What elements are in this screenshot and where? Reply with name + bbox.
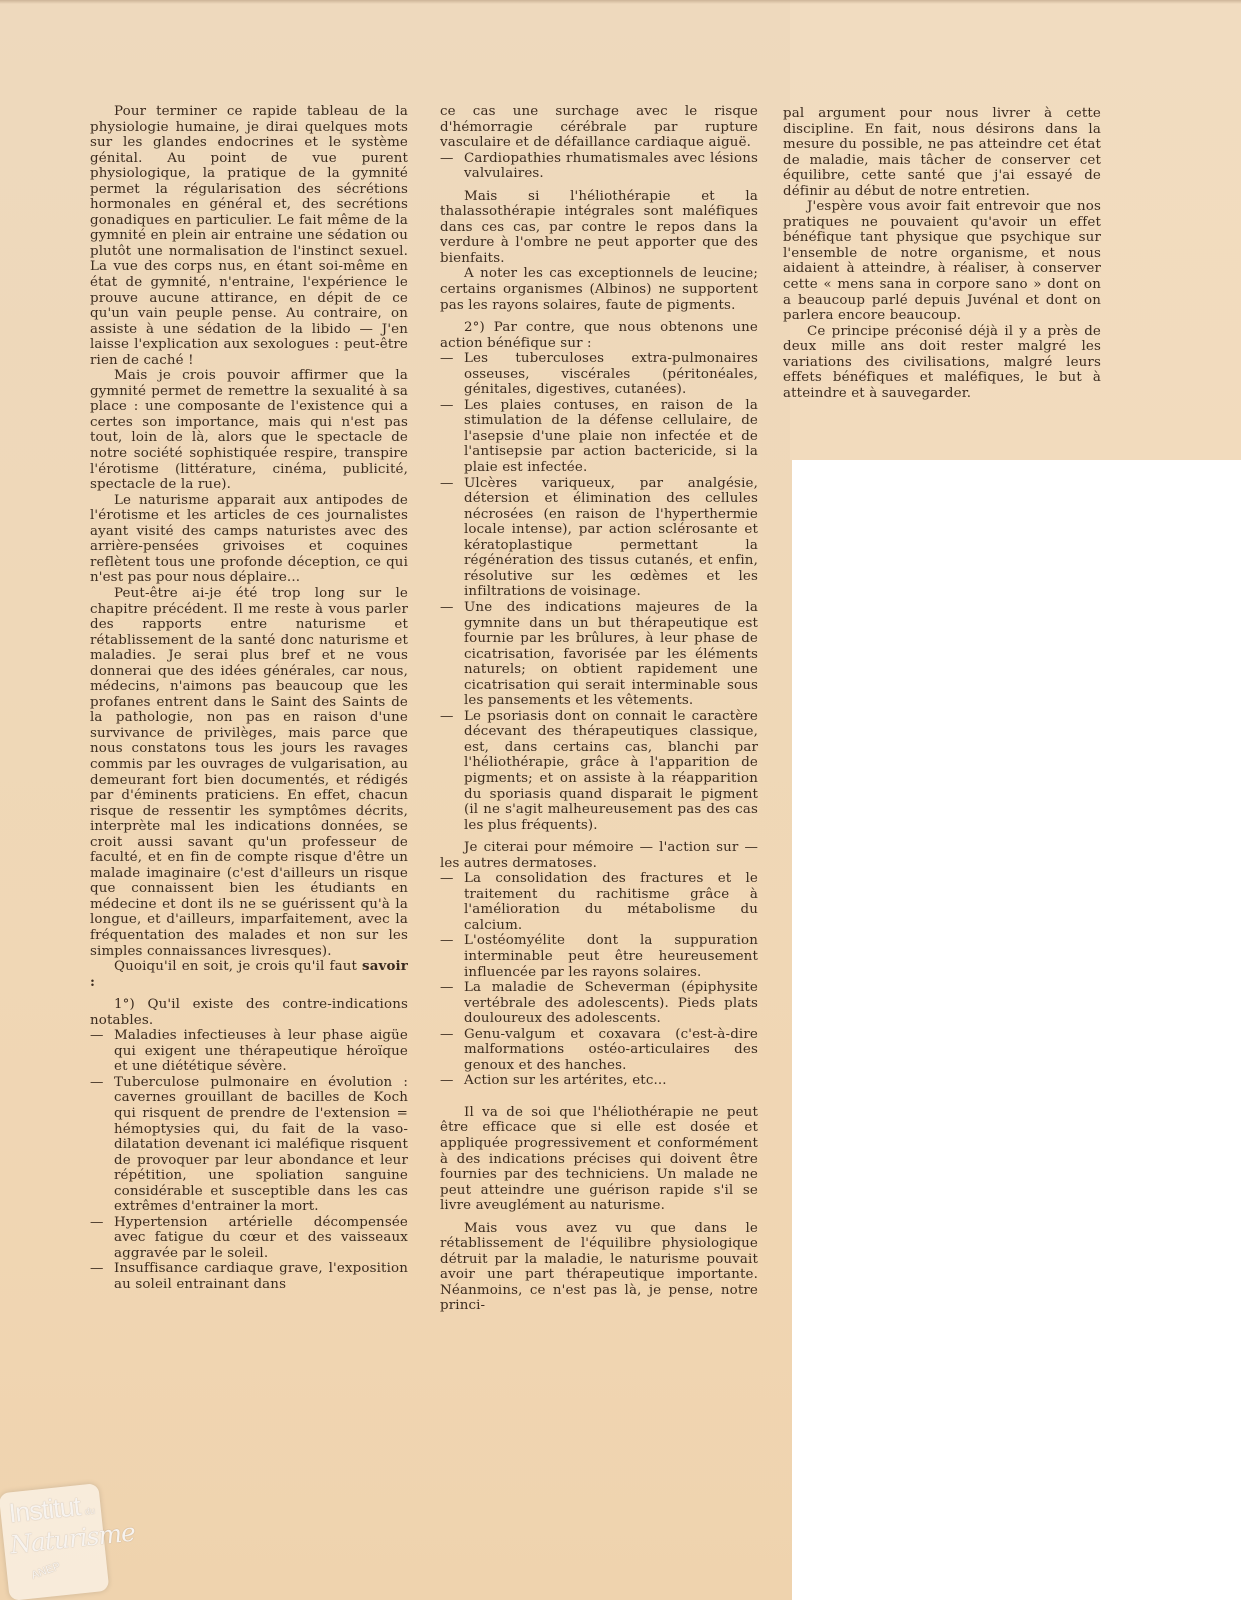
list-item: —Les plaies contuses, en raison de la st… [440,398,758,476]
paragraph: Mais vous avez vu que dans le rétablisse… [440,1221,758,1314]
paragraph-text: Je citerai pour mémoire — l'action sur —… [440,840,758,871]
paragraph: Pour terminer ce rapide tableau de la ph… [90,104,408,368]
list-item: —L'ostéomyélite dont la suppuration inte… [440,933,758,980]
em-dash-bullet: — [440,980,464,996]
list-item-text: Maladies infectieuses à leur phase aigüe… [114,1028,408,1074]
list-item: —Le psoriasis dont on connait le caractè… [440,709,758,833]
watermark-anep: ANEP [30,1560,62,1582]
em-dash-bullet: — [440,351,464,367]
em-dash-bullet: — [90,1075,114,1091]
paragraph: Il va de soi que l'héliothérapie ne peut… [440,1105,758,1214]
paragraph-text: Pour terminer ce rapide tableau de la ph… [90,104,408,368]
list-item-text: Une des indications majeures de la gymni… [464,600,758,708]
paragraph: J'espère vous avoir fait entrevoir que n… [783,199,1101,323]
paragraph-text: Quoiqu'il en soit, je crois qu'il faut [114,959,357,974]
article-column-2: ce cas une surchage avec le risque d'hém… [440,104,758,1314]
list-item: —Insuffisance cardiaque grave, l'exposit… [90,1261,408,1292]
list-item-text: Insuffisance cardiaque grave, l'expositi… [114,1261,408,1292]
paragraph: 1°) Qu'il existe des contre-indications … [90,997,408,1028]
list-item: —Tuberculose pulmonaire en évolution : c… [90,1075,408,1215]
list-item-text: Cardiopathies rhumatismales avec lésions… [464,151,758,182]
list-item-text: La consolidation des fractures et le tra… [464,871,758,933]
list-item: —Ulcères variqueux, par analgésie, déter… [440,476,758,600]
list-item-text: Le psoriasis dont on connait le caractèr… [464,709,758,833]
institut-naturisme-watermark-logo: Institut du Naturisme ANEP [0,1483,109,1600]
paragraph: Mais si l'héliothérapie et la thalassoth… [440,189,758,267]
em-dash-bullet: — [440,476,464,492]
list-item-text: Tuberculose pulmonaire en évolution : ca… [114,1075,408,1214]
paragraph: Je citerai pour mémoire — l'action sur —… [440,840,758,871]
list-item: —Genu-valgum et coxavara (c'est-à-dire m… [440,1027,758,1074]
list-item: —Cardiopathies rhumatismales avec lésion… [440,151,758,182]
article-column-1: Pour terminer ce rapide tableau de la ph… [90,104,408,1293]
list-item-text: La maladie de Scheverman (épiphysite ver… [464,980,758,1026]
paragraph: 2°) Par contre, que nous obtenons une ac… [440,320,758,351]
paragraph-text: ce cas une surchage avec le risque d'hém… [440,104,758,150]
paper-edge-shadow [0,0,1241,4]
list-item-text: Action sur les artérites, etc... [464,1073,667,1088]
paragraph-text: Peut-être ai-je été trop long sur le cha… [90,586,408,959]
paragraph-text: 1°) Qu'il existe des contre-indications … [90,997,408,1028]
article-column-3: pal argument pour nous livrer à cette di… [783,106,1101,401]
paragraph-text: Mais vous avez vu que dans le rétablisse… [440,1221,758,1314]
paragraph: Peut-être ai-je été trop long sur le cha… [90,586,408,959]
list-item-text: L'ostéomyélite dont la suppuration inter… [464,933,758,979]
paragraph: Ce principe préconisé déjà il y a près d… [783,324,1101,402]
paragraph-text: Le naturisme apparait aux antipodes de l… [90,493,408,586]
list-item-text: Les tuberculoses extra-pulmonaires osseu… [464,351,758,397]
list-item-text: Les plaies contuses, en raison de la sti… [464,398,758,475]
em-dash-bullet: — [440,600,464,616]
paragraph-continuation: ce cas une surchage avec le risque d'hém… [440,104,758,151]
list-item: —Hypertension artérielle décompensée ave… [90,1215,408,1262]
paragraph: Le naturisme apparait aux antipodes de l… [90,493,408,586]
paragraph-text: pal argument pour nous livrer à cette di… [783,106,1101,199]
paragraph: Mais je crois pouvoir affirmer que la gy… [90,368,408,492]
paragraph-text: Il va de soi que l'héliothérapie ne peut… [440,1105,758,1213]
paragraph-text: A noter les cas exceptionnels de leucine… [440,266,758,312]
paragraph-text: 2°) Par contre, que nous obtenons une ac… [440,320,758,351]
list-item: —Les tuberculoses extra-pulmonaires osse… [440,351,758,398]
list-item-text: Genu-valgum et coxavara (c'est-à-dire ma… [464,1027,758,1073]
em-dash-bullet: — [440,1027,464,1043]
paragraph: A noter les cas exceptionnels de leucine… [440,266,758,313]
list-item: —Une des indications majeures de la gymn… [440,600,758,709]
paragraph-text: Mais si l'héliothérapie et la thalassoth… [440,189,758,266]
em-dash-bullet: — [440,709,464,725]
list-item-text: Ulcères variqueux, par analgésie, déters… [464,476,758,600]
paragraph-text: Mais je crois pouvoir affirmer que la gy… [90,368,408,492]
em-dash-bullet: — [440,871,464,887]
em-dash-bullet: — [440,1073,464,1089]
list-item: —Maladies infectieuses à leur phase aigü… [90,1028,408,1075]
em-dash-bullet: — [440,151,464,167]
list-item: —Action sur les artérites, etc... [440,1073,758,1089]
paragraph-text: J'espère vous avoir fait entrevoir que n… [783,199,1101,323]
em-dash-bullet: — [440,398,464,414]
paragraph-continuation: pal argument pour nous livrer à cette di… [783,106,1101,199]
paragraph: Quoiqu'il en soit, je crois qu'il faut s… [90,959,408,990]
em-dash-bullet: — [90,1215,114,1231]
list-item-text: Hypertension artérielle décompensée avec… [114,1215,408,1261]
list-item: —La consolidation des fractures et le tr… [440,871,758,933]
list-item: —La maladie de Scheverman (épiphysite ve… [440,980,758,1027]
em-dash-bullet: — [90,1261,114,1277]
em-dash-bullet: — [90,1028,114,1044]
em-dash-bullet: — [440,933,464,949]
paragraph-text: Ce principe préconisé déjà il y a près d… [783,324,1101,401]
watermark-du: du [84,1506,95,1517]
